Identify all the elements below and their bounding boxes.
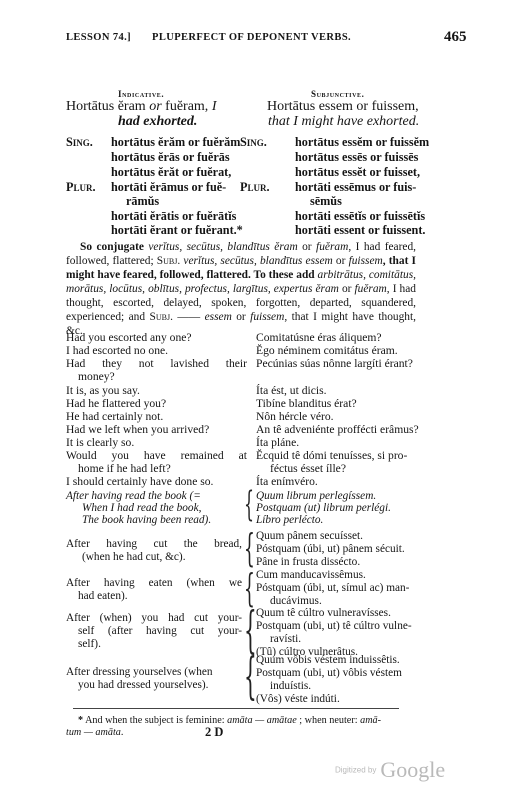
indicative-sing-2: hortātus ĕrās or fuĕrās [111, 151, 230, 165]
indicative-plur-1: hortāti ĕrāmus or fuĕ- [111, 181, 226, 195]
pair-row: money? [0, 370, 514, 383]
indicative-lead: Hortātus ĕram or fuĕram, I [66, 99, 216, 115]
indicative-translation: had exhorted. [118, 114, 197, 130]
subjunctive-translation: that I might have exhorted. [268, 114, 419, 130]
google-logo: Google [380, 757, 445, 782]
subjunctive-lead: Hortātus essem or fuissem, [267, 99, 419, 115]
pair-row: Had you escorted any one?Comitatúsne éra… [0, 331, 514, 344]
subjunctive-sing-3: hortātus essĕt or fuisset, [295, 166, 420, 180]
pair-row: I had escorted no one.Ĕgo néminem comitá… [0, 344, 514, 357]
left-brace-icon: { [244, 487, 254, 523]
indicative-plur-1b: rāmŭs [126, 195, 159, 209]
pair-row: Had he flattered you?Tibíne blanditus ér… [0, 397, 514, 410]
indicative-sing-3: hortātus ĕrăt or fuĕrat, [111, 166, 231, 180]
subjunctive-plur-1b: sēmŭs [310, 195, 342, 209]
indicative-plur-2: hortāti ĕrātis or fuĕrātĭs [111, 210, 236, 224]
lesson-label: LESSON 74.] [66, 32, 131, 43]
indicative-plur-3: hortāti ĕrant or fuĕrant.* [111, 224, 243, 238]
indicative-sing-1: hortātus ĕrăm or fuĕrăm [111, 136, 240, 150]
page-number: 465 [444, 29, 467, 46]
indicative-heading: Indicative. [118, 89, 164, 99]
digitized-watermark: Digitized by Google [335, 757, 445, 783]
footnote-continued: tum — amāta. [66, 727, 123, 738]
subjunctive-plur-2: hortāti essētĭs or fuissētĭs [295, 210, 425, 224]
pair-row: Had we left when you arrived?An tê adven… [0, 423, 514, 436]
subjunctive-sing-1: hortātus essĕm or fuissĕm [295, 136, 429, 150]
chapter-title: PLUPERFECT OF DEPONENT VERBS. [152, 32, 351, 43]
conjugation-paragraph: So conjugate verĭtus, secūtus, blandītus… [66, 240, 416, 338]
subjunctive-sing-2: hortātus essēs or fuissēs [295, 151, 418, 165]
pair-row: home if he had left?féctus ésset ílle? [0, 462, 514, 475]
plur-label-subj: Plur. [240, 181, 270, 195]
footnote-rule [73, 708, 399, 709]
subjunctive-plur-1: hortāti essēmus or fuis- [295, 181, 416, 195]
sing-label-subj: Sing. [240, 136, 267, 150]
plur-label: Plur. [66, 181, 96, 195]
pair-row: It is clearly so.Íta pláne. [0, 436, 514, 449]
pair-row: I should certainly have done so.Íta ením… [0, 475, 514, 488]
signature-mark: 2 D [205, 725, 223, 740]
footnote: * And when the subject is feminine: amāt… [78, 715, 381, 727]
subjunctive-plur-3: hortāti essent or fuissent. [295, 224, 425, 238]
pair-row: Would you have remained atĔcquid tê dómi… [0, 449, 514, 462]
pair-row: Had they not lavished theirPecúnias súas… [0, 357, 514, 370]
pair-row: He had certainly not.Nôn hércle véro. [0, 410, 514, 423]
left-brace-icon: { [244, 650, 257, 702]
book-page: LESSON 74.] PLUPERFECT OF DEPONENT VERBS… [0, 0, 514, 801]
sing-label: Sing. [66, 136, 93, 150]
left-brace-icon: { [244, 528, 255, 568]
subjunctive-heading: Subjunctive. [311, 89, 364, 99]
pair-row: It is, as you say.Íta ést, ut dicis. [0, 384, 514, 397]
